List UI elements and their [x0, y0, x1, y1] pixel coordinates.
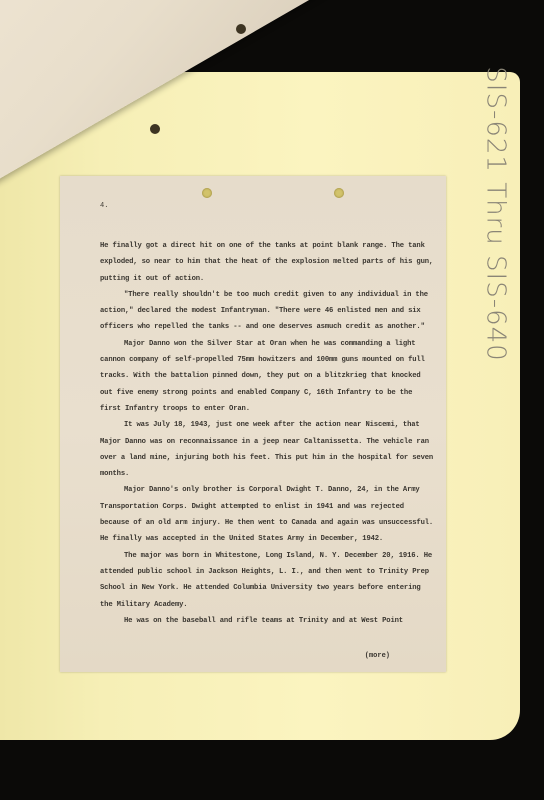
paragraph: Major Danno won the Silver Star at Oran … — [100, 336, 436, 417]
folded-previous-page — [0, 0, 544, 220]
paragraph: The major was born in Whitestone, Long I… — [100, 548, 436, 613]
paragraph: He was on the baseball and rifle teams a… — [100, 613, 436, 629]
punch-hole — [236, 24, 246, 34]
punch-hole — [150, 124, 160, 134]
continuation-mark: (more) — [365, 652, 390, 660]
typed-page: 4. He finally got a direct hit on one of… — [60, 176, 446, 672]
paragraph: It was July 18, 1943, just one week afte… — [100, 417, 436, 482]
paragraph: He finally got a direct hit on one of th… — [100, 238, 436, 287]
page-body: He finally got a direct hit on one of th… — [100, 238, 436, 629]
paragraph: Major Danno's only brother is Corporal D… — [100, 482, 436, 547]
paragraph: "There really shouldn't be too much cred… — [100, 287, 436, 336]
